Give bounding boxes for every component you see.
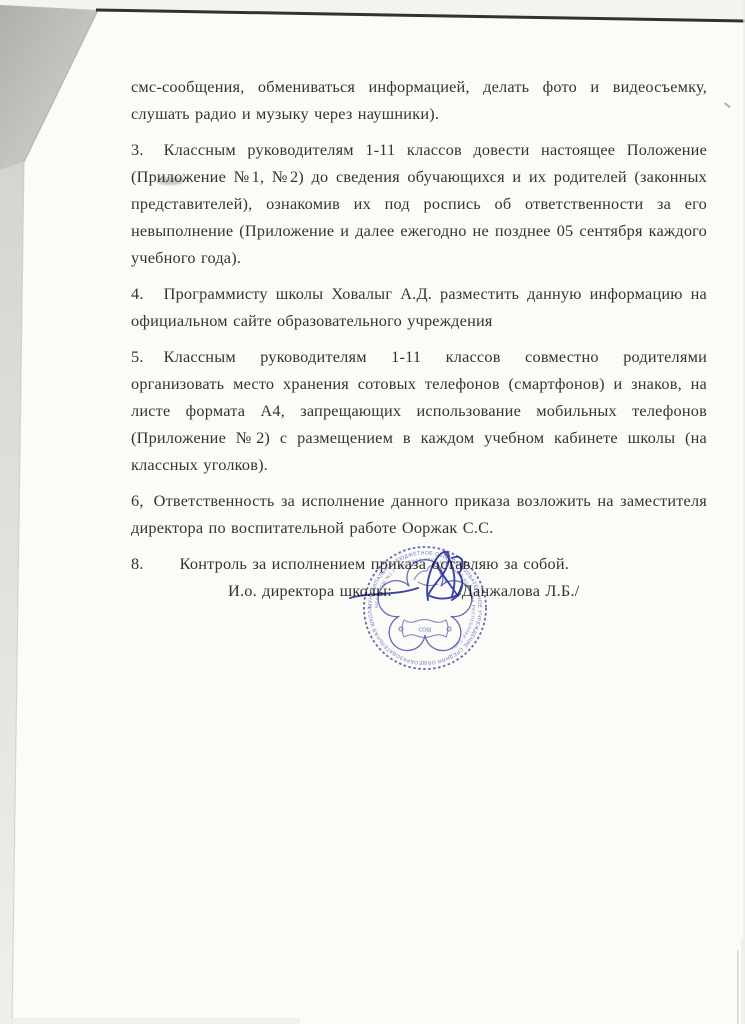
page-corner-wedge (0, 5, 98, 170)
paper-speck (724, 102, 731, 108)
page-top-edge-line (96, 10, 745, 21)
right-edge-line (737, 950, 739, 1024)
item-text: Классным руководителям 1-11 классов дове… (131, 140, 707, 267)
item-text: Программисту школы Ховалыг А.Д. размести… (131, 284, 707, 330)
item-number: 6, (131, 491, 154, 510)
item-number: 8. (131, 554, 180, 573)
signature-label: И.о. директора школы: (228, 577, 392, 604)
page-left-edge (0, 162, 24, 1024)
item-number: 3. (131, 140, 164, 159)
signature-name: /Данжалова Л.Б./ (457, 577, 579, 604)
item-text: Ответственность за исполнение данного пр… (131, 491, 707, 537)
list-item-4: 4.Программисту школы Ховалыг А.Д. размес… (131, 280, 707, 334)
item-text: Классным руководителям 1-11 классов совм… (131, 347, 707, 474)
scan-top-strip (0, 0, 745, 22)
list-item-5: 5.Классным руководителям 1-11 классов со… (131, 343, 707, 478)
bottom-edge-shading (0, 1018, 300, 1024)
document-page: смс-сообщения, обмениваться информацией,… (131, 73, 707, 586)
paragraph-continuation: смс-сообщения, обмениваться информацией,… (131, 73, 707, 127)
signature-row: И.о. директора школы: /Данжалова Л.Б./ (131, 577, 707, 607)
stamp-scroll-banner (399, 620, 451, 638)
item-number: 5. (131, 347, 164, 366)
list-item-6: 6,Ответственность за исполнение данного … (131, 487, 707, 541)
stamp-center-text: СОШ (419, 628, 432, 634)
list-item-3: 3.Классным руководителям 1-11 классов до… (131, 136, 707, 271)
item-text: Контроль за исполнением приказа оставляю… (180, 554, 569, 573)
item-number: 4. (131, 284, 164, 303)
list-item-8: 8.Контроль за исполнением приказа оставл… (131, 550, 707, 577)
paragraph-text: смс-сообщения, обмениваться информацией,… (131, 77, 707, 123)
